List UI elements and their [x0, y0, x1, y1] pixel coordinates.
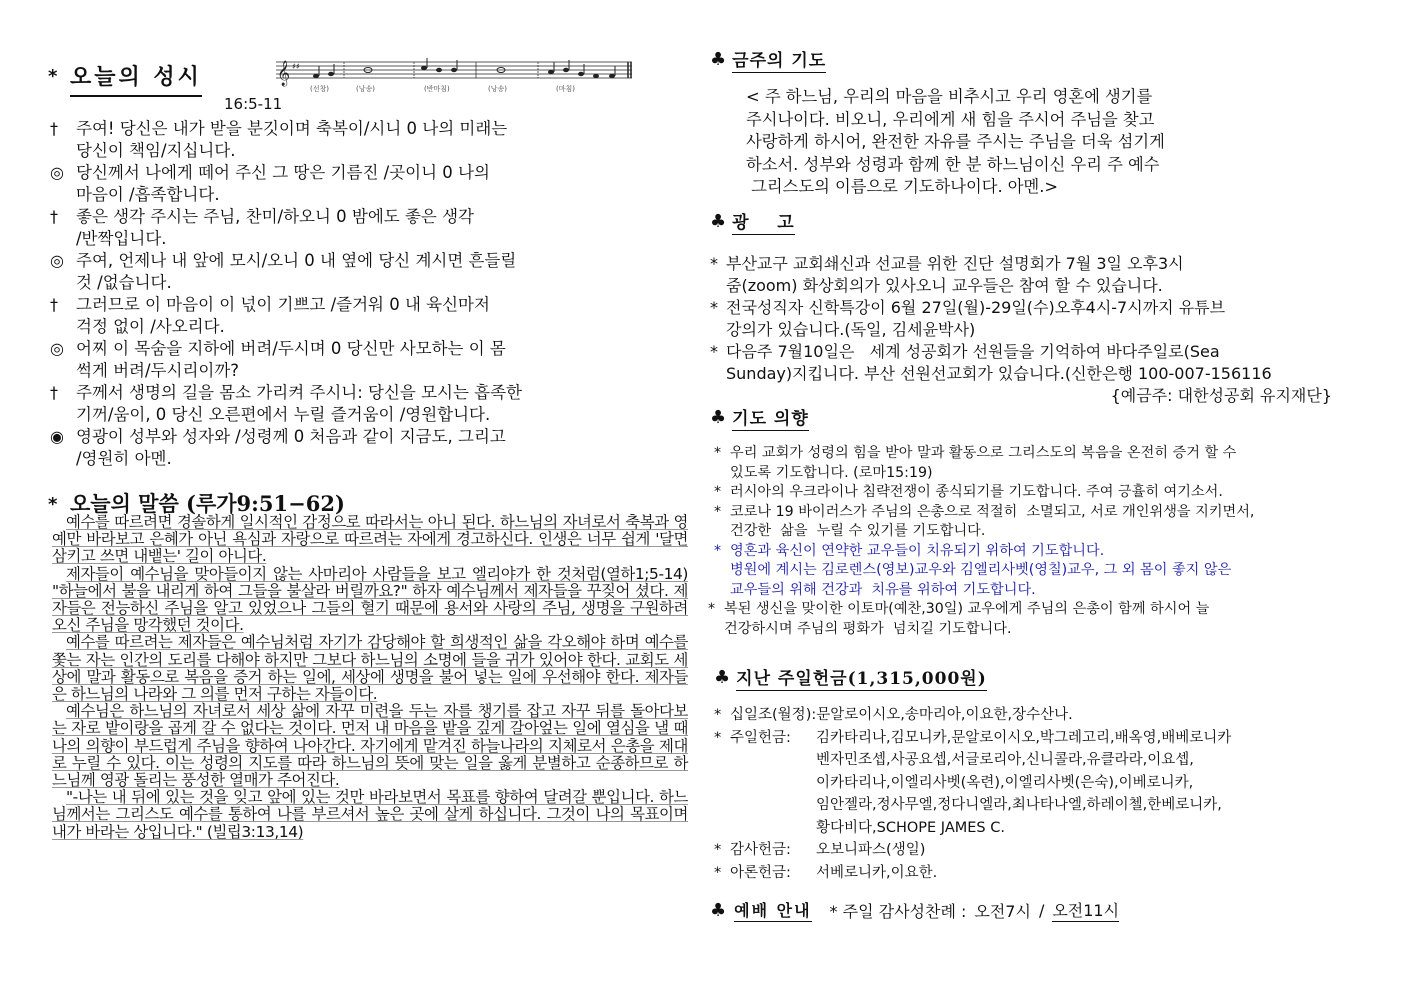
verse-mark: ◎: [50, 250, 74, 272]
collect-heading: ♣ 금주의 기도: [710, 46, 826, 73]
announcement-item: *전국성직자 신학특강이 6월 27일(월)-29일(수)오후4시-7시까지 유…: [710, 297, 1350, 341]
psalm-verse: †주여! 당신은 내가 받을 분깃이며 축복이/시니 0 나의 미래는당신이 책…: [48, 118, 688, 162]
announcement-item: *다음주 7월10일은 세계 성공회가 선원들을 기억하여 바다주일로(SeaS…: [710, 341, 1350, 385]
announcements-list: *부산교구 교회쇄신과 선교를 위한 진단 설명회가 7월 3일 오후3시줌(z…: [710, 253, 1350, 407]
psalm-verses: †주여! 당신은 내가 받을 분깃이며 축복이/시니 0 나의 미래는당신이 책…: [48, 118, 688, 470]
offering-row: *십일조(월정):문알로이시오,송마리아,이요한,장수산나.: [714, 704, 1350, 727]
announcements-heading: ♣ 광 고: [710, 208, 795, 235]
intentions-heading: ♣ 기도 의향: [710, 404, 809, 431]
svg-text:♯♯: ♯♯: [292, 62, 300, 71]
offering-row: *감사헌금:오보니파스(생일): [714, 839, 1350, 862]
svg-text:𝄞: 𝄞: [277, 60, 290, 86]
offering-list: *십일조(월정):문알로이시오,송마리아,이요한,장수산나. *주일헌금: 김카…: [714, 704, 1350, 884]
psalm-verse: ◉영광이 성부와 성자와 /성령께 0 처음과 같이 지금도, 그리고/영원히 …: [48, 426, 688, 470]
section-bullet: *: [48, 66, 57, 87]
intention-item: *우리 교회가 성령의 힘을 받아 말과 활동으로 그리스도의 복음을 온전히 …: [714, 444, 1350, 483]
sermon-paragraph: 예수를 따르려는 제자들은 예수님처럼 자기가 감당해야 할 희생적인 삶을 각…: [52, 634, 688, 703]
worship-prefix: * 주일 감사성찬례 :: [830, 899, 967, 922]
worship-info: ♣ 예배 안내 * 주일 감사성찬례 : 오전7시 / 오전11시: [710, 898, 1119, 922]
club-icon: ♣: [710, 211, 726, 232]
psalm-verse: †좋은 생각 주시는 주님, 찬미/하오니 0 밤에도 좋은 생각/반짝입니다.: [48, 206, 688, 250]
intention-item: *코로나 19 바이러스가 주님의 은총으로 적절히 소멸되고, 서로 개인위생…: [714, 503, 1350, 542]
worship-separator: /: [1039, 901, 1044, 920]
announcement-item: *부산교구 교회쇄신과 선교를 위한 진단 설명회가 7월 3일 오후3시줌(z…: [710, 253, 1350, 297]
verse-mark: ◎: [50, 162, 74, 184]
worship-time-main: 오전11시: [1052, 898, 1119, 922]
club-icon: ♣: [710, 900, 726, 921]
intention-item-highlighted: *영혼과 육신이 연약한 교우들이 치유되기 위하여 기도합니다.병원에 계시는…: [714, 542, 1350, 601]
club-icon: ♣: [714, 667, 730, 688]
worship-time-early: 오전7시: [974, 899, 1031, 922]
offering-heading: ♣ 지난 주일헌금(1,315,000원): [714, 664, 987, 691]
intentions-list: *우리 교회가 성령의 힘을 받아 말과 활동으로 그리스도의 복음을 온전히 …: [714, 444, 1350, 639]
offering-row: *아론헌금:서베로니카,이요한.: [714, 862, 1350, 885]
verse-mark: †: [50, 382, 74, 404]
collect-prayer: < 주 하느님, 우리의 마음을 비추시고 우리 영혼에 생기를 주시나이다. …: [746, 86, 1326, 199]
worship-heading: 예배 안내: [734, 898, 811, 922]
sermon-paragraph: "-나는 내 뒤에 있는 것을 잊고 앞에 있는 것만 바라보면서 목표를 향하…: [52, 789, 688, 841]
verse-mark: †: [50, 294, 74, 316]
psalm-verse: ◎주여, 언제나 내 앞에 모시/오니 0 내 옆에 당신 계시면 흔들릴것 /…: [48, 250, 688, 294]
psalm-reference: 16:5-11: [224, 95, 282, 113]
psalm-verse: ◎당신께서 나에게 떼어 주신 그 땅은 기름진 /곳이니 0 나의마음이 /흡…: [48, 162, 688, 206]
sermon-paragraph: 예수님은 하느님의 자녀로서 세상 삶에 자꾸 미련을 두는 자를 챙기를 잡고…: [52, 703, 688, 789]
chant-labels: (선창) (낭송) (반마침) (낭송) (마침): [276, 84, 636, 96]
intention-item: *러시아의 우크라이나 침략전쟁이 종식되기를 기도합니다. 주여 긍휼히 여기…: [714, 483, 1350, 503]
psalm-heading: 오늘의 성시: [70, 60, 202, 97]
club-icon: ♣: [710, 407, 726, 428]
sermon-paragraph: 예수를 따르려면 경솔하게 일시적인 감정으로 따라서는 아니 된다. 하느님의…: [52, 514, 688, 566]
section-bullet: *: [48, 494, 57, 515]
psalm-verse: †그러므로 이 마음이 이 넋이 기쁘고 /즐거워 0 내 육신마저걱정 없이 …: [48, 294, 688, 338]
sermon-body: 예수를 따르려면 경솔하게 일시적인 감정으로 따라서는 아니 된다. 하느님의…: [52, 514, 688, 841]
psalm-verse: †주께서 생명의 길을 몸소 가리켜 주시니: 당신을 모시는 흡족한기꺼/움이…: [48, 382, 688, 426]
verse-mark: †: [50, 118, 74, 140]
intention-item: *복된 생신을 맞이한 이토마(예찬,30일) 교우에게 주님의 은총이 함께 …: [708, 600, 1350, 639]
club-icon: ♣: [710, 49, 726, 70]
offering-row: *주일헌금: 김카타리나,김모니카,문알로이시오,박그레고리,배옥영,배베로니카…: [714, 727, 1350, 840]
verse-mark: ◎: [50, 338, 74, 360]
sermon-paragraph: 제자들이 예수님을 맞아들이지 않는 사마리아 사람들을 보고 엘리야가 한 것…: [52, 566, 688, 635]
psalm-verse: ◎어찌 이 목숨을 지하에 버려/두시며 0 당신만 사모하는 이 몸썩게 버려…: [48, 338, 688, 382]
verse-mark: ◉: [50, 426, 74, 448]
verse-mark: †: [50, 206, 74, 228]
